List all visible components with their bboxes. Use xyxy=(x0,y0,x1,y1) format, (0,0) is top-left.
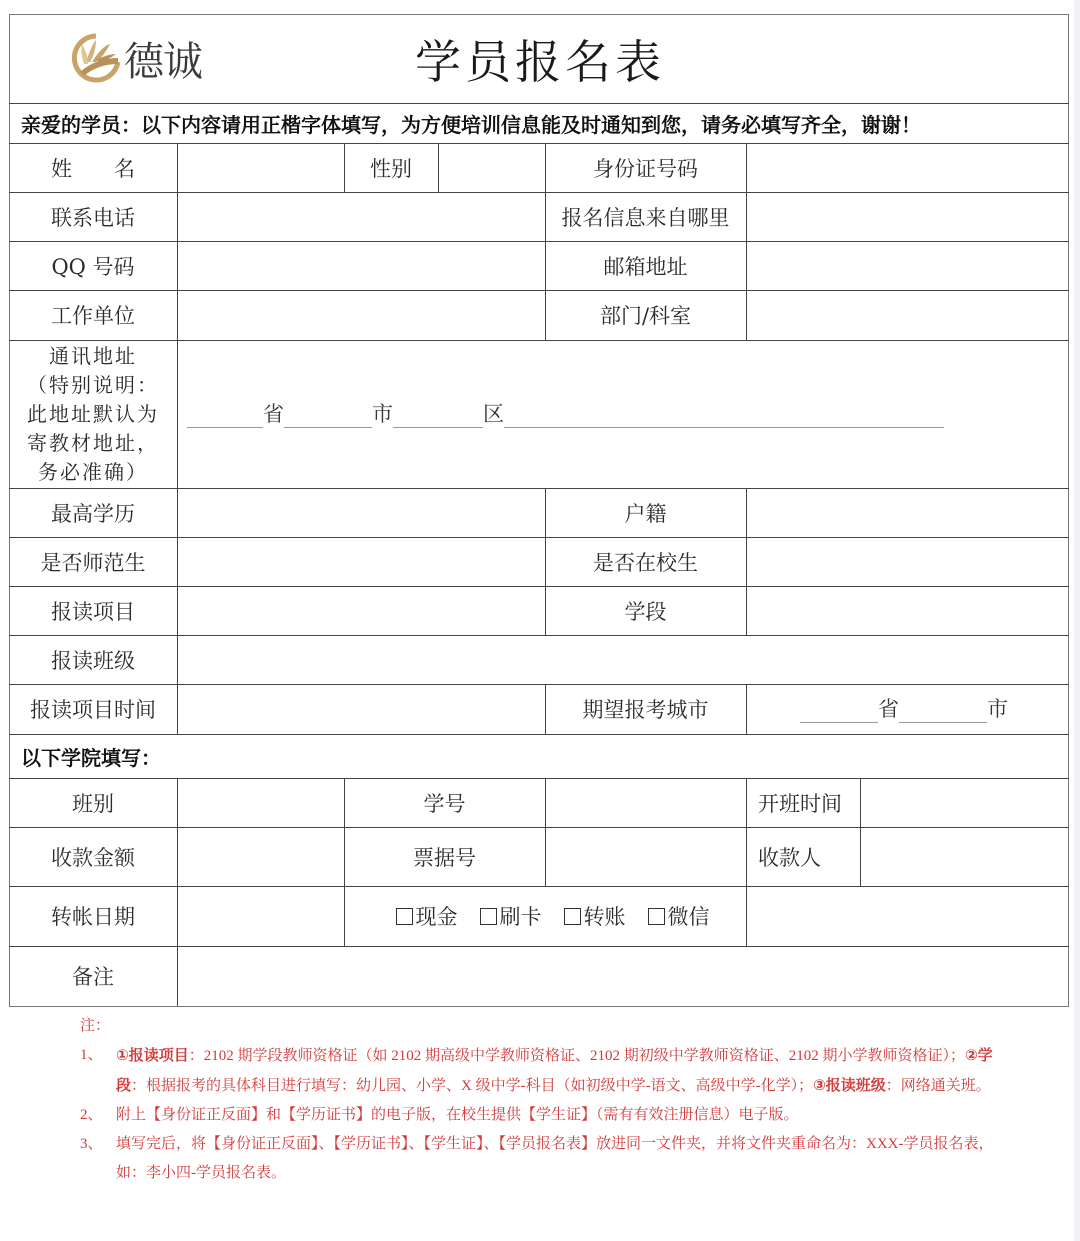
label-department: 部门/科室 xyxy=(545,290,746,340)
payment-method-group: 现金 刷卡 转账 微信 xyxy=(345,886,746,946)
label-class: 报读班级 xyxy=(9,635,177,684)
class-field[interactable] xyxy=(178,636,1068,684)
checkbox-icon xyxy=(648,908,665,925)
education-field[interactable] xyxy=(178,489,545,537)
student-no-field[interactable] xyxy=(546,779,746,827)
household-field[interactable] xyxy=(747,489,1068,537)
note-text: ①报读项目：2102 期学段教师资格证（如 2102 期高级中学教师资格证、21… xyxy=(116,1041,1010,1101)
note-text: 附上【身份证正反面】和【学历证书】的电子版，在校生提供【学生证】（需有有效注册信… xyxy=(116,1101,1010,1130)
label-amount: 收款金额 xyxy=(9,827,177,886)
checkbox-icon xyxy=(564,908,581,925)
payment-cash-label: 现金 xyxy=(416,901,458,931)
note-keyword: ①报读项目 xyxy=(116,1046,189,1064)
address-label-line: 此地址默认为 xyxy=(27,400,159,429)
label-start-time: 开班时间 xyxy=(746,778,860,827)
street-blank[interactable] xyxy=(504,405,944,428)
label-program: 报读项目 xyxy=(9,586,177,635)
notes: 注： 1、 ①报读项目：2102 期学段教师资格证（如 2102 期高级中学教师… xyxy=(80,1012,1010,1188)
id-number-field[interactable] xyxy=(747,144,1068,192)
payment-card-label: 刷卡 xyxy=(500,901,542,931)
district-suffix: 区 xyxy=(483,398,504,428)
district-blank[interactable] xyxy=(393,405,483,428)
checkbox-icon xyxy=(480,908,497,925)
label-employer: 工作单位 xyxy=(9,290,177,340)
label-in-school: 是否在校生 xyxy=(545,537,746,586)
label-remarks: 备注 xyxy=(9,946,177,1006)
city-suffix: 市 xyxy=(372,398,393,428)
payment-wechat-checkbox[interactable]: 微信 xyxy=(648,901,710,931)
notes-heading: 注： xyxy=(80,1012,1010,1041)
intro-text: 亲爱的学员：以下内容请用正楷字体填写，为方便培训信息能及时通知到您，请务必填写齐… xyxy=(9,103,1069,143)
label-id-number: 身份证号码 xyxy=(545,143,746,192)
start-time-field[interactable] xyxy=(861,779,1068,827)
table-border-bottom xyxy=(9,1006,1069,1007)
program-time-field[interactable] xyxy=(178,685,545,734)
address-label-line: 通讯地址 xyxy=(49,342,137,371)
label-email: 邮箱地址 xyxy=(545,241,746,290)
scrollbar[interactable] xyxy=(1074,0,1080,1241)
note-item: 2、 附上【身份证正反面】和【学历证书】的电子版，在校生提供【学生证】（需有有效… xyxy=(80,1101,1010,1130)
label-phone: 联系电话 xyxy=(9,192,177,241)
label-source: 报名信息来自哪里 xyxy=(545,192,746,241)
table-border-right xyxy=(1068,14,1069,1007)
receipt-no-field[interactable] xyxy=(546,828,746,886)
transfer-date-field[interactable] xyxy=(178,887,344,946)
note-item: 3、 填写完后，将【身份证正反面】、【学历证书】、【学生证】、【学员报名表】放进… xyxy=(80,1130,1010,1188)
payment-transfer-checkbox[interactable]: 转账 xyxy=(564,901,626,931)
label-gender: 性别 xyxy=(344,143,438,192)
payment-wechat-label: 微信 xyxy=(668,901,710,931)
payment-card-checkbox[interactable]: 刷卡 xyxy=(480,901,542,931)
amount-field[interactable] xyxy=(178,828,344,886)
payment-cash-checkbox[interactable]: 现金 xyxy=(396,901,458,931)
label-household: 户籍 xyxy=(545,488,746,537)
label-receipt-no: 票据号 xyxy=(344,827,545,886)
in-school-field[interactable] xyxy=(747,538,1068,586)
exam-city-blank[interactable] xyxy=(899,700,987,723)
label-address: 通讯地址 （特别说明： 此地址默认为 寄教材地址， 务必准确） xyxy=(9,340,177,488)
label-student-no: 学号 xyxy=(344,778,545,827)
class-type-field[interactable] xyxy=(178,779,344,827)
name-field[interactable] xyxy=(178,144,344,192)
address-label-line: 务必准确） xyxy=(38,458,148,487)
normal-student-field[interactable] xyxy=(178,538,545,586)
email-field[interactable] xyxy=(747,242,1068,290)
city-blank[interactable] xyxy=(284,405,372,428)
exam-province-suffix: 省 xyxy=(878,693,899,723)
address-label-line: 寄教材地址， xyxy=(27,429,159,458)
note-text: 填写完后，将【身份证正反面】、【学历证书】、【学生证】、【学员报名表】放进同一文… xyxy=(116,1130,1010,1188)
label-transfer-date: 转帐日期 xyxy=(9,886,177,946)
note-segment: ：2102 期学段教师资格证（如 2102 期高级中学教师资格证、2102 期初… xyxy=(189,1048,965,1064)
note-number: 1、 xyxy=(80,1041,116,1101)
col-divider xyxy=(746,684,747,734)
note-item: 1、 ①报读项目：2102 期学段教师资格证（如 2102 期高级中学教师资格证… xyxy=(80,1041,1010,1101)
province-blank[interactable] xyxy=(187,405,263,428)
note-segment: ：根据报考的具体科目进行填写：幼儿园、小学、X 级中学-科目（如初级中学-语文、… xyxy=(131,1078,813,1094)
label-program-time: 报读项目时间 xyxy=(9,684,177,734)
source-field[interactable] xyxy=(747,193,1068,241)
exam-city-suffix: 市 xyxy=(987,693,1008,723)
logo-text: 德诚 xyxy=(124,30,202,87)
address-label-line: （特别说明： xyxy=(27,371,159,400)
label-normal-student: 是否师范生 xyxy=(9,537,177,586)
exam-province-blank[interactable] xyxy=(800,700,878,723)
college-section-title: 以下学院填写： xyxy=(9,734,1069,778)
note-segment: ：网络通关班。 xyxy=(886,1078,991,1094)
label-qq: QQ 号码 xyxy=(9,241,177,290)
label-education: 最高学历 xyxy=(9,488,177,537)
address-field[interactable]: 省 市 区 xyxy=(187,400,944,428)
employer-field[interactable] xyxy=(178,291,545,340)
label-stage: 学段 xyxy=(545,586,746,635)
stage-field[interactable] xyxy=(747,587,1068,635)
note-keyword: ③报读班级 xyxy=(813,1076,886,1094)
phone-field[interactable] xyxy=(178,193,545,241)
program-field[interactable] xyxy=(178,587,545,635)
province-suffix: 省 xyxy=(263,398,284,428)
wheat-logo-icon xyxy=(70,32,122,84)
checkbox-icon xyxy=(396,908,413,925)
qq-field[interactable] xyxy=(178,242,545,290)
label-name: 姓 名 xyxy=(9,143,177,192)
logo: 德诚 xyxy=(70,28,220,88)
page-title: 学员报名表 xyxy=(300,14,780,103)
note-number: 2、 xyxy=(80,1101,116,1130)
payment-transfer-label: 转账 xyxy=(584,901,626,931)
remarks-field[interactable] xyxy=(178,947,1068,1006)
department-field[interactable] xyxy=(747,291,1068,340)
payment-extra-field[interactable] xyxy=(747,887,1068,946)
label-payee: 收款人 xyxy=(746,827,860,886)
note-number: 3、 xyxy=(80,1130,116,1188)
label-exam-city: 期望报考城市 xyxy=(545,684,746,734)
gender-field[interactable] xyxy=(439,144,545,192)
payee-field[interactable] xyxy=(861,828,1068,886)
exam-city-field[interactable]: 省 市 xyxy=(800,695,1008,723)
label-class-type: 班别 xyxy=(9,778,177,827)
